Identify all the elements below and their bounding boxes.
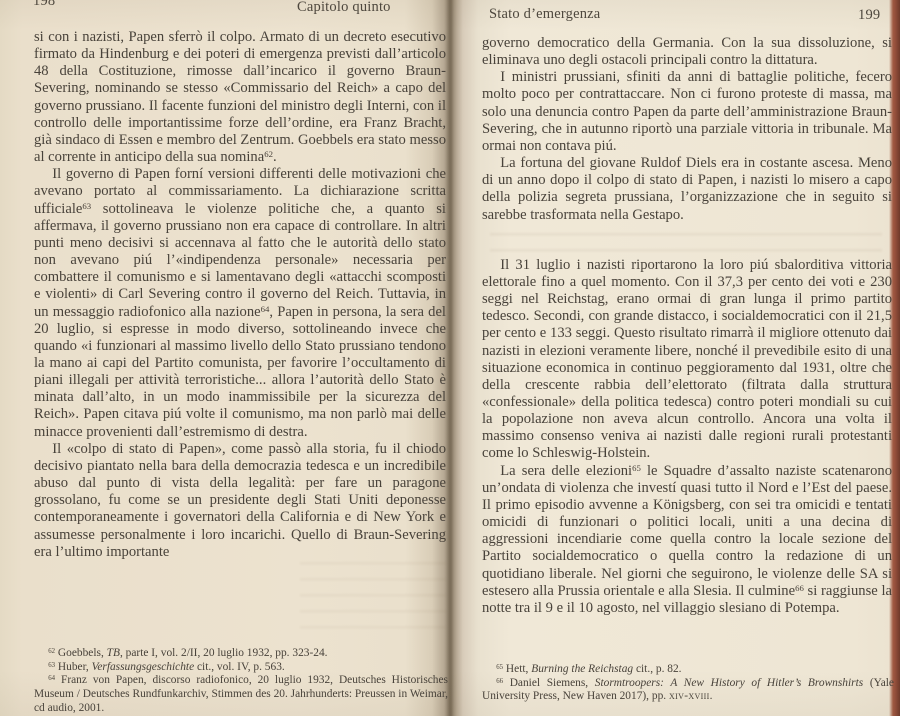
paragraph: 64 Franz von Papen, discorso radiofonico… bbox=[34, 674, 448, 713]
paragraph: I ministri prussiani, sfiniti da anni di… bbox=[482, 69, 892, 155]
running-header-left: Capitolo quinto bbox=[297, 0, 391, 16]
book-spread-scan: 198 Capitolo quinto si con i nazisti, Pa… bbox=[0, 0, 900, 716]
paragraph: 65 Hett, Burning the Reichstag cit., p. … bbox=[482, 663, 894, 677]
paragraph: La sera delle elezioni65 le Squadre d’as… bbox=[482, 463, 892, 617]
left-page-footnotes: 62 Goebbels, TB, parte I, vol. 2/II, 20 … bbox=[34, 647, 448, 713]
right-page-body: governo democratico della Germania. Con … bbox=[482, 35, 892, 659]
paragraph: governo democratico della Germania. Con … bbox=[482, 35, 892, 69]
paragraph: 66 Daniel Siemens, Stormtroopers: A New … bbox=[482, 677, 894, 704]
spine-edge-strip bbox=[893, 0, 900, 716]
left-page-body: si con i nazisti, Papen sferrò il colpo.… bbox=[34, 29, 446, 645]
right-page-footnotes: 65 Hett, Burning the Reichstag cit., p. … bbox=[482, 663, 894, 713]
paragraph: 62 Goebbels, TB, parte I, vol. 2/II, 20 … bbox=[34, 647, 448, 661]
paragraph: Il governo di Papen forní versioni diffe… bbox=[34, 166, 446, 441]
paragraph: La fortuna del giovane Ruldof Diels era … bbox=[482, 155, 892, 224]
paragraph: Il «colpo di stato di Papen», come passò… bbox=[34, 441, 446, 561]
page-number-right: 199 bbox=[858, 7, 880, 24]
page-number-left: 198 bbox=[33, 0, 55, 10]
paragraph: si con i nazisti, Papen sferrò il colpo.… bbox=[34, 29, 446, 166]
paragraph: Il 31 luglio i nazisti riportarono la lo… bbox=[482, 257, 892, 463]
paragraph: 63 Huber, Verfassungsgeschichte cit., vo… bbox=[34, 661, 448, 675]
running-header-right: Stato d’emergenza bbox=[489, 6, 600, 23]
